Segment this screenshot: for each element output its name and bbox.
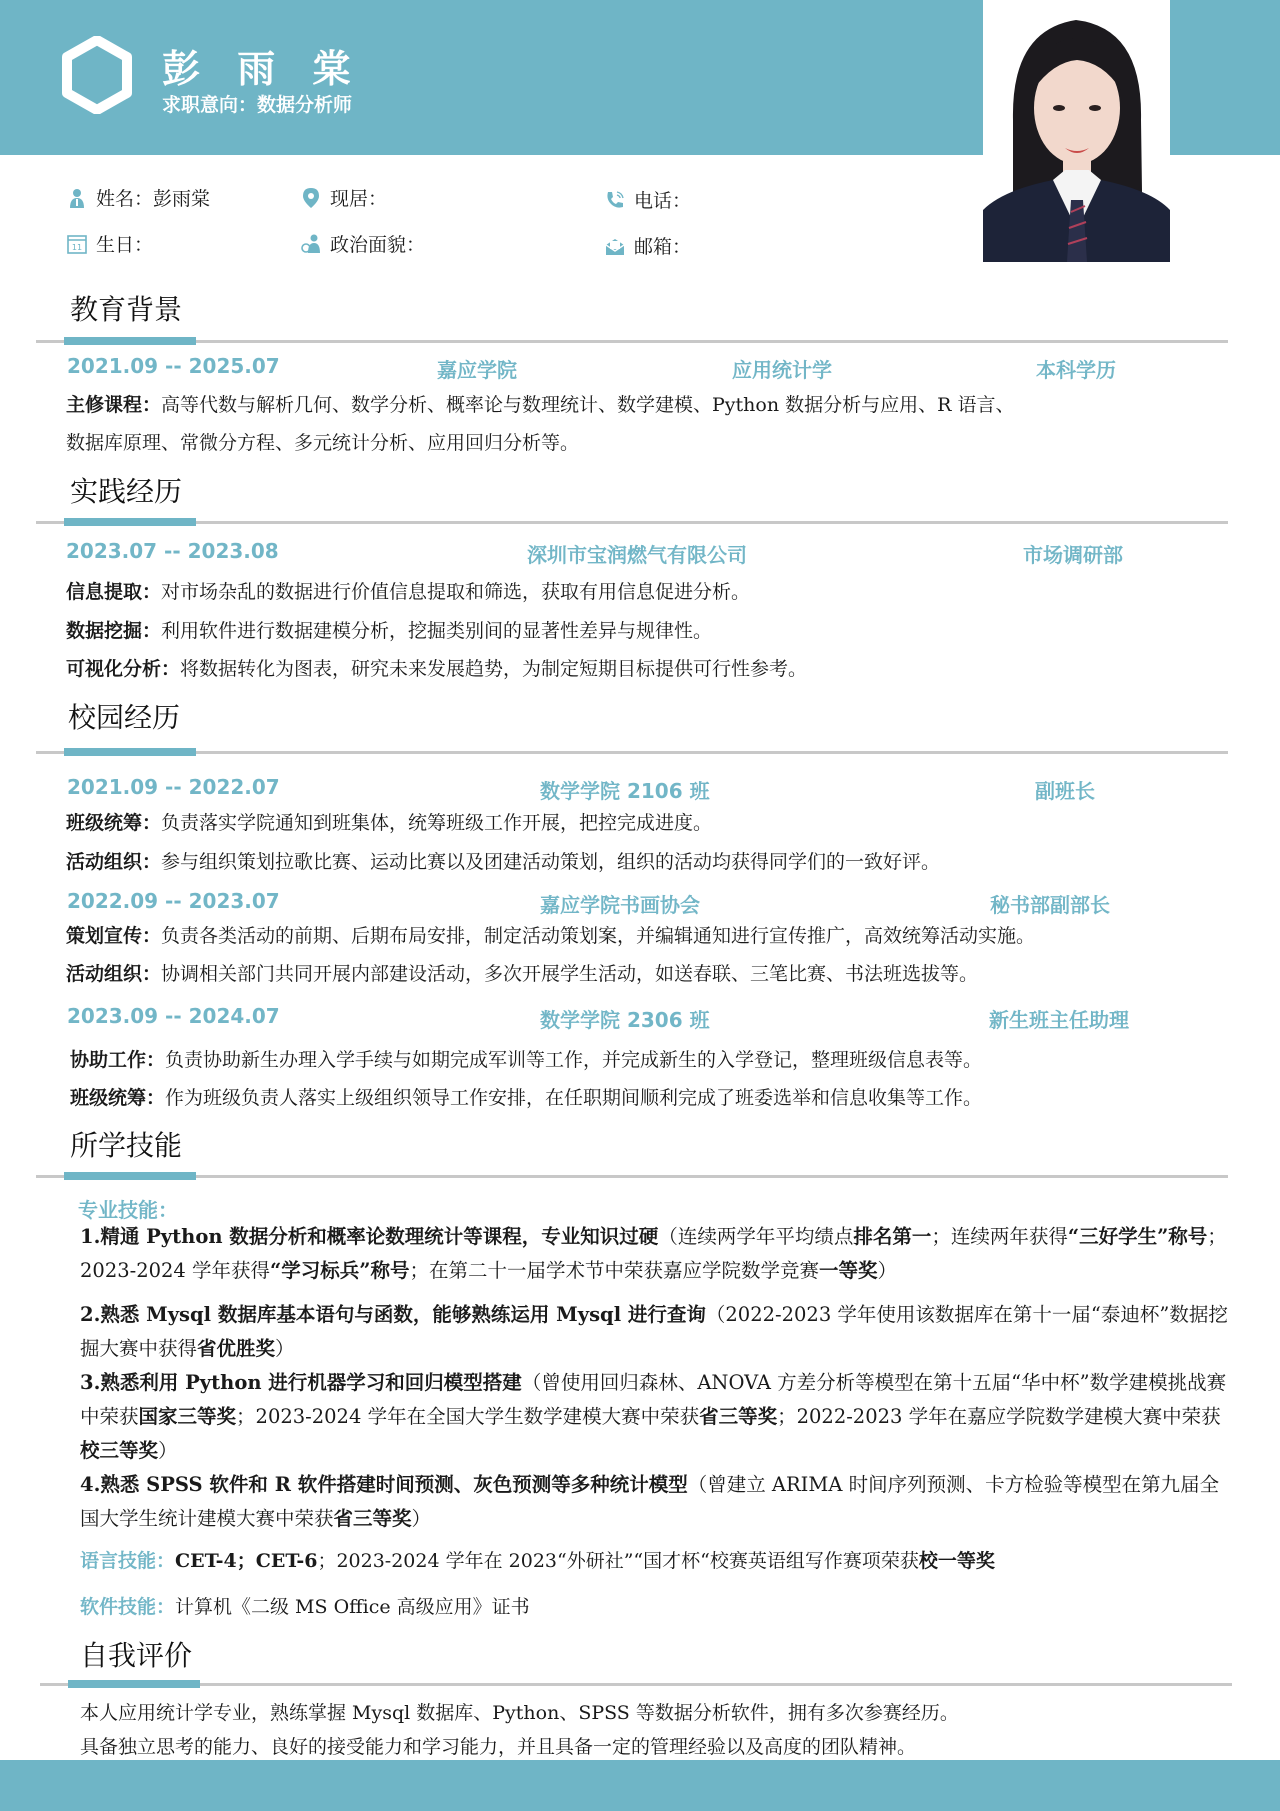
self-eval-line-2: 具备独立思考的能力、良好的接受能力和学习能力，并且具备一定的管理经验以及高度的团… — [80, 1732, 916, 1759]
education-header-row: 2021.09 -- 2025.07 嘉应学院 应用统计学 本科学历 — [0, 354, 1280, 382]
section-divider — [40, 1683, 1232, 1686]
info-name: 姓名：彭雨棠 — [66, 184, 210, 211]
practice-department: 市场调研部 — [1023, 539, 1123, 568]
section-divider-accent — [64, 337, 196, 345]
language-skills: 语言技能：CET-4；CET-6；2023-2024 学年在 2023“外研社”… — [80, 1546, 995, 1573]
campus-item: 协助工作：负责协助新生办理入学手续与如期完成军训等工作，并完成新生的入学登记，整… — [70, 1045, 982, 1072]
campus-entry-header: 2022.09 -- 2023.07 嘉应学院书画协会 秘书部副部长 — [0, 889, 1280, 917]
location-pin-icon — [300, 187, 322, 209]
skill-item-3: 3.熟悉利用 Python 进行机器学习和回归模型搭建（曾使用回归森林、ANOV… — [80, 1366, 1230, 1468]
section-divider-accent — [64, 1172, 196, 1180]
education-degree: 本科学历 — [1036, 354, 1116, 383]
section-divider-accent — [68, 1680, 200, 1688]
education-school: 嘉应学院 — [437, 354, 517, 383]
campus-entry-header: 2023.09 -- 2024.07 数学学院 2306 班 新生班主任助理 — [0, 1004, 1280, 1032]
section-title-practice: 实践经历 — [70, 470, 182, 510]
profile-photo — [983, 0, 1170, 262]
section-title-self-eval: 自我评价 — [80, 1634, 192, 1674]
practice-item: 可视化分析：将数据转化为图表，研究未来发展趋势，为制定短期目标提供可行性参考。 — [66, 654, 807, 681]
self-eval-line-1: 本人应用统计学专业，熟练掌握 Mysql 数据库、Python、SPSS 等数据… — [80, 1698, 959, 1725]
practice-item: 数据挖掘：利用软件进行数据建模分析，挖掘类别间的显著性差异与规律性。 — [66, 616, 712, 643]
section-title-education: 教育背景 — [70, 288, 182, 328]
info-political: 政治面貌： — [300, 230, 433, 257]
svg-text:11: 11 — [72, 243, 82, 252]
info-email: 邮箱： — [604, 232, 699, 259]
section-title-skills: 所学技能 — [70, 1124, 182, 1164]
campus-item: 班级统筹：作为班级负责人落实上级组织领导工作安排，在任职期间顺利完成了班委选举和… — [70, 1083, 982, 1110]
header-accent-block — [1170, 0, 1280, 155]
courses-line-2: 数据库原理、常微分方程、多元统计分析、应用回归分析等。 — [66, 428, 579, 455]
section-divider-accent — [64, 748, 196, 756]
professional-skills-label: 专业技能： — [78, 1194, 178, 1223]
job-intent: 求职意向：数据分析师 — [162, 90, 352, 117]
person-icon — [66, 187, 88, 209]
skill-item-2: 2.熟悉 Mysql 数据库基本语句与函数，能够熟练运用 Mysql 进行查询（… — [80, 1298, 1230, 1366]
section-divider — [36, 751, 1228, 754]
campus-item: 活动组织：协调相关部门共同开展内部建设活动，多次开展学生活动，如送春联、三笔比赛… — [66, 959, 978, 986]
name-value: 彭雨棠 — [153, 184, 210, 211]
practice-period: 2023.07 -- 2023.08 — [66, 539, 279, 563]
section-divider — [36, 1175, 1228, 1178]
campus-entry-header: 2021.09 -- 2022.07 数学学院 2106 班 副班长 — [0, 775, 1280, 803]
info-birthday: 11 生日： — [66, 230, 161, 257]
info-residence: 现居： — [300, 184, 395, 211]
info-phone: 电话： — [604, 186, 699, 213]
section-divider — [36, 521, 1228, 524]
practice-item: 信息提取：对市场杂乱的数据进行价值信息提取和筛选，获取有用信息促进分析。 — [66, 577, 750, 604]
education-period: 2021.09 -- 2025.07 — [67, 354, 280, 378]
header-band — [0, 0, 983, 155]
education-major: 应用统计学 — [732, 354, 832, 383]
campus-item: 班级统筹：负责落实学院通知到班集体，统筹班级工作开展，把控完成进度。 — [66, 808, 712, 835]
section-divider-accent — [64, 518, 196, 526]
footer-band — [0, 1760, 1280, 1811]
software-skills: 软件技能：计算机《二级 MS Office 高级应用》证书 — [80, 1592, 530, 1619]
section-divider — [36, 340, 1228, 343]
practice-company: 深圳市宝润燃气有限公司 — [527, 539, 747, 568]
skill-item-4: 4.熟悉 SPSS 软件和 R 软件搭建时间预测、灰色预测等多种统计模型（曾建立… — [80, 1468, 1230, 1536]
skill-item-1: 1.精通 Python 数据分析和概率论数理统计等课程，专业知识过硬（连续两学年… — [80, 1220, 1230, 1288]
courses-line: 主修课程：高等代数与解析几何、数学分析、概率论与数理统计、数学建模、Python… — [66, 390, 1014, 417]
calendar-icon: 11 — [66, 233, 88, 255]
practice-header-row: 2023.07 -- 2023.08 深圳市宝润燃气有限公司 市场调研部 — [0, 539, 1280, 567]
campus-item: 活动组织：参与组织策划拉歌比赛、运动比赛以及团建活动策划，组织的活动均获得同学们… — [66, 847, 940, 874]
candidate-name: 彭 雨 棠 — [162, 38, 362, 93]
phone-icon — [604, 189, 626, 211]
section-title-campus: 校园经历 — [68, 696, 180, 736]
mail-icon — [604, 235, 626, 257]
hexagon-logo-icon — [62, 36, 132, 114]
party-member-icon — [300, 233, 322, 255]
campus-item: 策划宣传：负责各类活动的前期、后期布局安排，制定活动策划案，并编辑通知进行宣传推… — [66, 921, 1035, 948]
